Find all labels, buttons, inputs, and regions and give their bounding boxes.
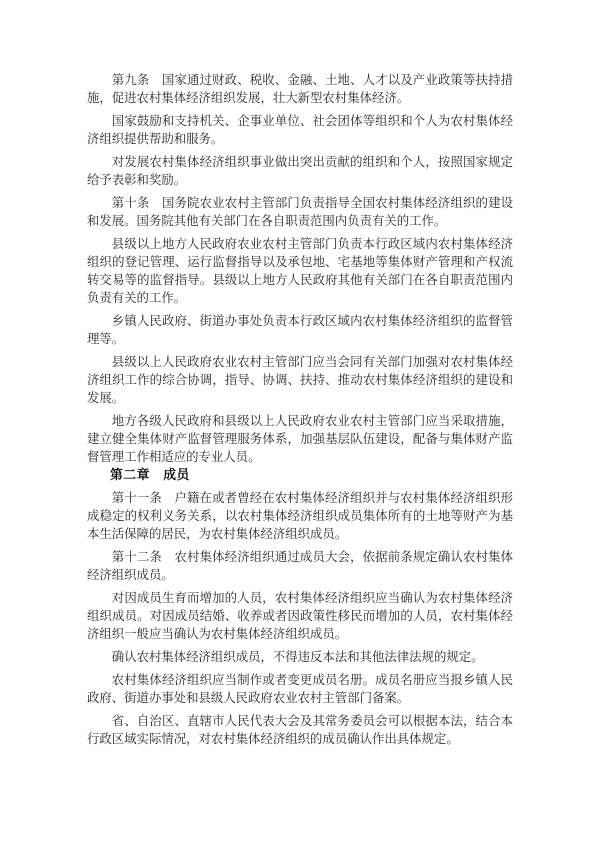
chapter-heading: 第二章 成员 [87,466,513,484]
law-paragraph: 乡镇人民政府、街道办事处负责本行政区域内农村集体经济组织的监督管理等。 [87,312,513,348]
law-paragraph: 县级以上地方人民政府农业农村主管部门负责本行政区域内农村集体经济组织的登记管理、… [87,235,513,307]
law-paragraph: 农村集体经济组织应当制作或者变更成员名册。成员名册应当报乡镇人民政府、街道办事处… [87,671,513,707]
law-paragraph: 第十条 国务院农业农村主管部门负责指导全国农村集体经济组织的建设和发展。国务院其… [87,194,513,230]
law-paragraph: 确认农村集体经济组织成员，不得违反本法和其他法律法规的规定。 [87,648,513,666]
law-paragraph: 对发展农村集体经济组织事业做出突出贡献的组织和个人，按照国家规定给予表彰和奖励。 [87,153,513,189]
document-body: 第九条 国家通过财政、税收、金融、土地、人才以及产业政策等扶持措施，促进农村集体… [87,71,513,748]
law-paragraph: 县级以上人民政府农业农村主管部门应当会同有关部门加强对农村集体经济组织工作的综合… [87,353,513,407]
law-paragraph: 第九条 国家通过财政、税收、金融、土地、人才以及产业政策等扶持措施，促进农村集体… [87,71,513,107]
law-paragraph: 对因成员生育而增加的人员，农村集体经济组织应当确认为农村集体经济组织成员。对因成… [87,589,513,643]
law-paragraph: 省、自治区、直辖市人民代表大会及其常务委员会可以根据本法，结合本行政区域实际情况… [87,712,513,748]
law-paragraph: 第十一条 户籍在或者曾经在农村集体经济组织并与农村集体经济组织形成稳定的权利义务… [87,489,513,543]
document-page: 第九条 国家通过财政、税收、金融、土地、人才以及产业政策等扶持措施，促进农村集体… [0,0,595,841]
law-paragraph: 国家鼓励和支持机关、企事业单位、社会团体等组织和个人为农村集体经济组织提供帮助和… [87,112,513,148]
law-paragraph: 地方各级人民政府和县级以上人民政府农业农村主管部门应当采取措施，建立健全集体财产… [87,412,513,466]
law-paragraph: 第十二条 农村集体经济组织通过成员大会，依据前条规定确认农村集体经济组织成员。 [87,548,513,584]
